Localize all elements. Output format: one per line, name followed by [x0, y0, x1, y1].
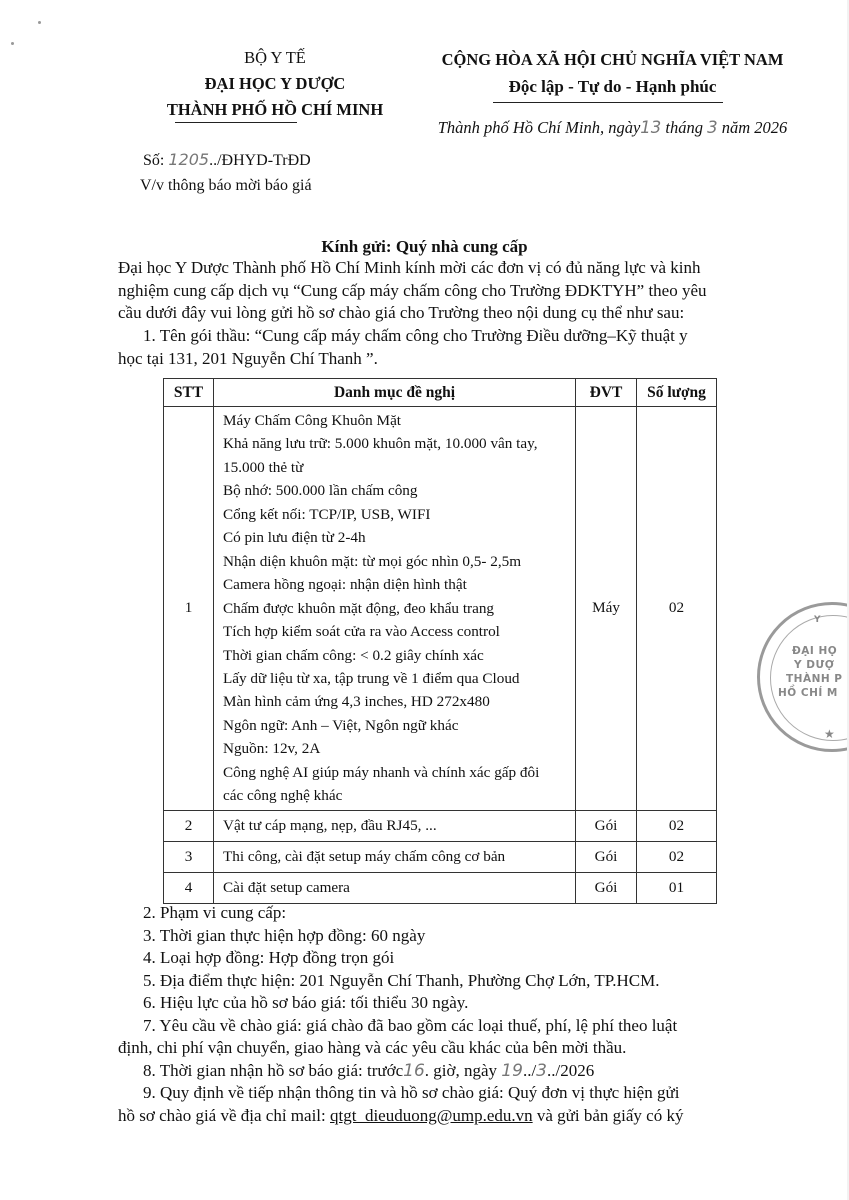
item-9-line-2: hồ sơ chào giá về địa chỉ mail: qtgt_die…	[118, 1106, 683, 1126]
date-month-label: tháng	[665, 118, 703, 137]
item-5: 5. Địa điểm thực hiện: 201 Nguyễn Chí Th…	[143, 971, 660, 991]
item-1-line-1: 1. Tên gói thầu: “Cung cấp máy chấm công…	[143, 326, 688, 346]
spec-line: Lấy dữ liệu từ xa, tập trung về 1 điểm q…	[223, 667, 575, 690]
row-unit: Gói	[576, 872, 637, 903]
doc-number-handwritten: 1205	[168, 150, 209, 169]
spec-line: Cổng kết nối: TCP/IP, USB, WIFI	[223, 503, 575, 526]
table-row: 2 Vật tư cáp mạng, nẹp, đầu RJ45, ... Gó…	[164, 810, 717, 841]
item-6: 6. Hiệu lực của hồ sơ báo giá: tối thiểu…	[143, 993, 468, 1013]
spec-line: Khả năng lưu trữ: 5.000 khuôn mặt, 10.00…	[223, 432, 575, 455]
stamp-line-3: THÀNH P	[786, 673, 843, 685]
item-8-prefix: 8. Thời gian nhận hồ sơ báo giá: trước	[143, 1061, 403, 1080]
scan-speck	[38, 21, 41, 24]
row-item: Vật tư cáp mạng, nẹp, đầu RJ45, ...	[214, 810, 576, 841]
spec-line: Nhận diện khuôn mặt: từ mọi góc nhìn 0,5…	[223, 550, 575, 573]
item-3: 3. Thời gian thực hiện hợp đồng: 60 ngày	[143, 926, 425, 946]
university-name: ĐẠI HỌC Y DƯỢC	[150, 74, 400, 94]
stamp-top-letter: Y	[814, 615, 821, 625]
national-motto: Độc lập - Tự do - Hạnh phúc	[420, 77, 805, 97]
salutation: Kính gửi: Quý nhà cung cấp	[0, 237, 849, 257]
doc-number-suffix: ../ĐHYD-TrĐD	[209, 152, 311, 169]
deadline-day-handwritten: 19	[501, 1061, 523, 1081]
spec-line: 15.000 thẻ từ	[223, 456, 575, 479]
stamp-line-2: Y DƯỢ	[794, 659, 834, 671]
spec-line: Chấm được khuôn mặt động, đeo khẩu trang	[223, 597, 575, 620]
university-city: THÀNH PHỐ HỒ CHÍ MINH	[110, 100, 440, 120]
table-row: 4 Cài đặt setup camera Gói 01	[164, 872, 717, 903]
row-item: Cài đặt setup camera	[214, 872, 576, 903]
item-9-prefix: hồ sơ chào giá về địa chỉ mail:	[118, 1106, 330, 1125]
table-header-row: STT Danh mục đề nghị ĐVT Số lượng	[164, 379, 717, 407]
spec-line: các công nghệ khác	[223, 784, 575, 807]
spec-line: Thời gian chấm công: < 0.2 giây chính xá…	[223, 644, 575, 667]
item-7-line-2: định, chi phí vận chuyển, giao hàng và c…	[118, 1038, 626, 1058]
item-8-mid: . giờ, ngày	[425, 1061, 502, 1080]
row-quantity: 01	[637, 872, 717, 903]
date-month-handwritten: 3	[707, 118, 718, 137]
spec-line: Có pin lưu điện từ 2-4h	[223, 526, 575, 549]
spec-line: Tích hợp kiểm soát cửa ra vào Access con…	[223, 620, 575, 643]
spec-line: Máy Chấm Công Khuôn Mặt	[223, 409, 575, 432]
deadline-month-handwritten: 3	[536, 1061, 547, 1081]
item-4: 4. Loại hợp đồng: Hợp đồng trọn gói	[143, 948, 394, 968]
date-day-handwritten: 13	[640, 118, 661, 137]
date-line: Thành phố Hồ Chí Minh, ngày13 tháng 3 nă…	[420, 118, 805, 138]
row-stt: 4	[164, 872, 214, 903]
official-stamp: Y ĐẠI HỌ Y DƯỢ THÀNH P HỒ CHÍ M ★	[757, 602, 849, 752]
scan-speck	[11, 42, 14, 45]
document-number: Số: 1205../ĐHYD-TrĐD	[143, 150, 311, 170]
row-stt: 2	[164, 810, 214, 841]
motto-underline	[493, 102, 723, 103]
row-unit: Gói	[576, 810, 637, 841]
item-8-sep1: ../	[523, 1061, 536, 1080]
intro-line-1: Đại học Y Dược Thành phố Hồ Chí Minh kín…	[118, 258, 701, 278]
row-quantity: 02	[637, 841, 717, 872]
item-1-line-2: học tại 131, 201 Nguyễn Chí Thanh ”.	[118, 349, 378, 369]
table-row: 3 Thi công, cài đặt setup máy chấm công …	[164, 841, 717, 872]
table-row: 1 Máy Chấm Công Khuôn MặtKhả năng lưu tr…	[164, 407, 717, 811]
col-header-quantity: Số lượng	[637, 379, 717, 407]
row-item: Thi công, cài đặt setup máy chấm công cơ…	[214, 841, 576, 872]
col-header-item: Danh mục đề nghị	[214, 379, 576, 407]
item-2: 2. Phạm vi cung cấp:	[143, 903, 286, 923]
doc-number-prefix: Số:	[143, 152, 168, 169]
nation-title: CỘNG HÒA XÃ HỘI CHỦ NGHĨA VIỆT NAM	[420, 50, 805, 70]
row-item: Máy Chấm Công Khuôn MặtKhả năng lưu trữ:…	[214, 407, 576, 811]
row-quantity: 02	[637, 407, 717, 811]
header-divider	[175, 122, 297, 123]
item-8: 8. Thời gian nhận hồ sơ báo giá: trước16…	[143, 1061, 594, 1081]
item-7-line-1: 7. Yêu cầu về chào giá: giá chào đã bao …	[143, 1016, 677, 1036]
deadline-hour-handwritten: 16	[403, 1061, 425, 1081]
row-stt: 1	[164, 407, 214, 811]
stamp-line-1: ĐẠI HỌ	[792, 645, 837, 657]
spec-list: Máy Chấm Công Khuôn MặtKhả năng lưu trữ:…	[223, 407, 575, 810]
row-stt: 3	[164, 841, 214, 872]
stamp-star-icon: ★	[824, 727, 835, 741]
spec-line: Ngôn ngữ: Anh – Việt, Ngôn ngữ khác	[223, 714, 575, 737]
spec-line: Công nghệ AI giúp máy nhanh và chính xác…	[223, 761, 575, 784]
row-quantity: 02	[637, 810, 717, 841]
item-9-line-1: 9. Quy định về tiếp nhận thông tin và hồ…	[143, 1083, 679, 1103]
spec-line: Bộ nhớ: 500.000 lần chấm công	[223, 479, 575, 502]
intro-line-3: cầu dưới đây vui lòng gửi hồ sơ chào giá…	[118, 303, 684, 323]
col-header-unit: ĐVT	[576, 379, 637, 407]
item-9-suffix: và gửi bản giấy có ký	[533, 1106, 684, 1125]
spec-line: Camera hồng ngoại: nhận diện hình thật	[223, 573, 575, 596]
item-8-sep2: ../2026	[547, 1061, 594, 1080]
row-unit: Gói	[576, 841, 637, 872]
spec-line: Màn hình cảm ứng 4,3 inches, HD 272x480	[223, 690, 575, 713]
ministry-name: BỘ Y TẾ	[150, 48, 400, 68]
date-prefix: Thành phố Hồ Chí Minh, ngày	[438, 118, 641, 137]
date-year: năm 2026	[722, 118, 788, 137]
spec-line: Nguồn: 12v, 2A	[223, 737, 575, 760]
stamp-line-4: HỒ CHÍ M	[778, 687, 838, 699]
row-unit: Máy	[576, 407, 637, 811]
specification-table: STT Danh mục đề nghị ĐVT Số lượng 1 Máy …	[163, 378, 717, 904]
col-header-stt: STT	[164, 379, 214, 407]
contact-email-link[interactable]: qtgt_dieuduong@ump.edu.vn	[330, 1106, 533, 1125]
document-subject: V/v thông báo mời báo giá	[140, 177, 312, 195]
intro-line-2: nghiệm cung cấp dịch vụ “Cung cấp máy ch…	[118, 281, 707, 301]
